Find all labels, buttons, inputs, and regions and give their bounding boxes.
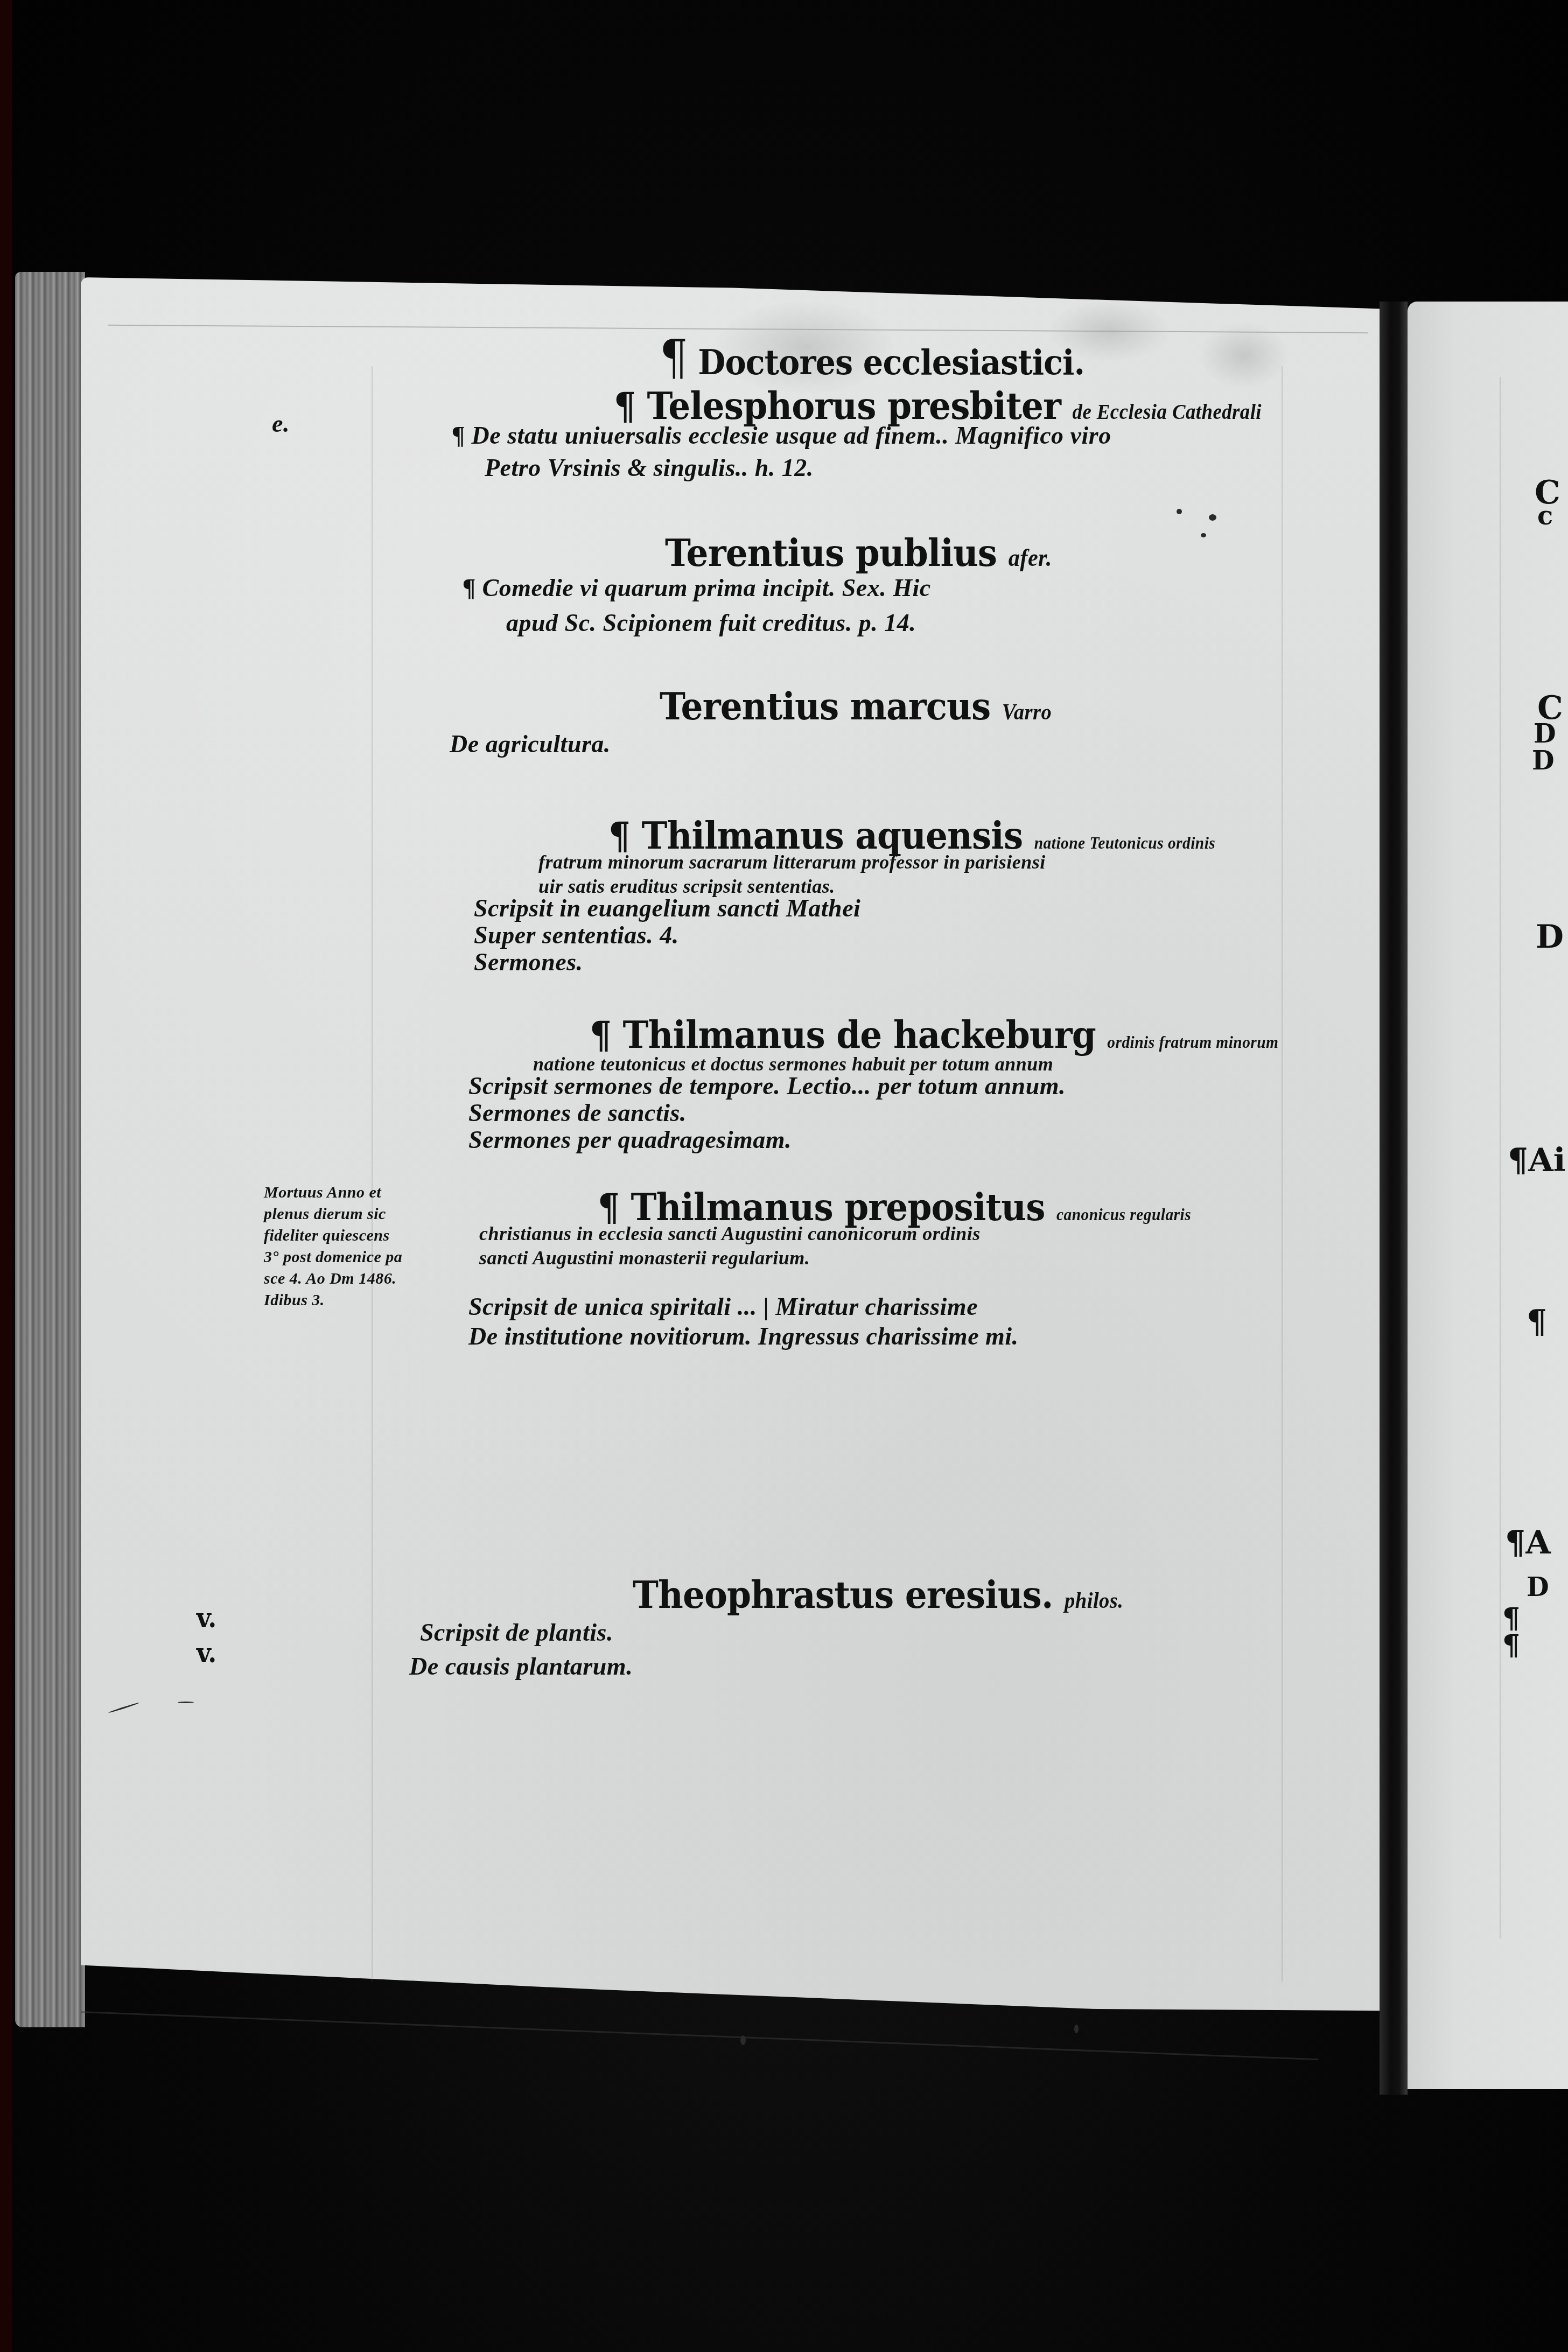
entry-name: Thilmanus de hackeburg [623,1012,1096,1057]
entry-note: natione Teutonicus ordinis [1034,833,1215,852]
film-edge [0,0,12,2352]
entry-note: philos. [1065,1588,1124,1613]
entry-line: sancti Augustini monasterii regularium. [479,1247,810,1269]
entry-line: apud Sc. Scipionem fuit creditus. p. 14. [506,608,916,637]
entry-line: ¶ De statu uniuersalis ecclesie usque ad… [452,421,1111,450]
water-stain [1201,323,1287,388]
dust-speck [1177,509,1182,514]
entry-name: Terentius publius [665,530,997,575]
fragment-letter: ¶A [1505,1524,1551,1562]
entry-note: ordinis fratrum minorum [1107,1032,1278,1052]
margin-letter: e. [272,409,290,438]
entry-line: ¶ Comedie vi quarum prima incipit. Sex. … [463,573,931,602]
paragraph-mark: ¶ [590,1012,611,1057]
margin-mark: v. [197,1602,216,1634]
margin-note-line: Mortuus Anno et [264,1182,468,1203]
ruling-line-margin [372,366,373,1982]
running-title: ¶ Doctores ecclesiastici. [660,330,1084,386]
margin-note-line: 3° post domenice pa [264,1247,468,1268]
entry-line: Petro Vrsinis & singulis.. h. 12. [485,453,814,482]
paragraph-mark: ¶ [660,330,688,386]
fragment-letter: ¶ [1502,1629,1520,1662]
entry-name: Theophrastus eresius. [633,1572,1053,1617]
dust-speck [1201,533,1206,537]
entry-name: Terentius marcus [660,684,990,729]
right-page-ruling [1500,377,1501,1938]
fragment-letter: ¶Ai [1508,1142,1566,1179]
entry-heading: Terentius marcus Varro [660,684,1052,729]
fragment-letter: c [1537,501,1553,531]
entry-heading: ¶ Thilmanus de hackeburg ordinis fratrum… [590,1012,1278,1057]
entry-line: Scripsit de plantis. [420,1618,613,1647]
entry-note: canonicus regularis [1056,1205,1191,1224]
entry-line: Scripsit sermones de tempore. Lectio... … [468,1072,1066,1100]
page-fore-edge [15,272,85,2027]
entry-line: Sermones de sanctis. [468,1098,687,1127]
dust-speck [1209,514,1216,521]
margin-note-line: fideliter quiescens [264,1225,468,1247]
margin-note-line: Idibus 3. [264,1290,468,1311]
margin-note-line: plenus dierum sic [264,1203,468,1225]
entry-line: Scripsit in euangelium sancti Mathei [474,894,860,922]
entry-line: Sermones. [474,948,583,976]
entry-line: Super sententias. 4. [474,921,679,949]
dust-speck [740,2035,746,2045]
entry-line: fratrum minorum sacrarum litterarum prof… [538,851,1046,873]
margin-note-line: sce 4. Ao Dm 1486. [264,1268,468,1290]
fragment-letter: D [1534,719,1556,749]
fragment-letter: D [1536,918,1564,956]
entry-note: Varro [1002,700,1052,725]
right-manuscript-page [1408,302,1568,2089]
scratch [178,1702,194,1703]
entry-line: Sermones per quadragesimam. [468,1125,792,1154]
entry-note: de Ecclesia Cathedrali [1073,400,1262,424]
fragment-letter: D [1532,746,1555,776]
ruling-line-right [1282,366,1283,1982]
running-title-text: Doctores ecclesiastici. [698,342,1084,383]
entry-line: De causis plantarum. [409,1652,633,1681]
margin-note: Mortuus Anno et plenus dierum sic fideli… [264,1182,468,1311]
dust-speck [1074,2025,1079,2033]
margin-mark: v. [197,1637,216,1669]
fragment-letter: ¶ [1527,1303,1547,1341]
entry-heading: Terentius publius afer. [665,530,1052,575]
entry-line: De institutione novitiorum. Ingressus ch… [468,1322,1019,1350]
entry-line: Scripsit de unica spiritali ... | Miratu… [468,1292,978,1321]
entry-note: afer. [1009,544,1052,571]
entry-line: De agricultura. [450,730,611,758]
fragment-letter: D [1527,1572,1549,1602]
entry-heading: Theophrastus eresius. philos. [633,1572,1123,1617]
entry-line: christianus in ecclesia sancti Augustini… [479,1222,981,1245]
book-gutter [1380,302,1408,2095]
